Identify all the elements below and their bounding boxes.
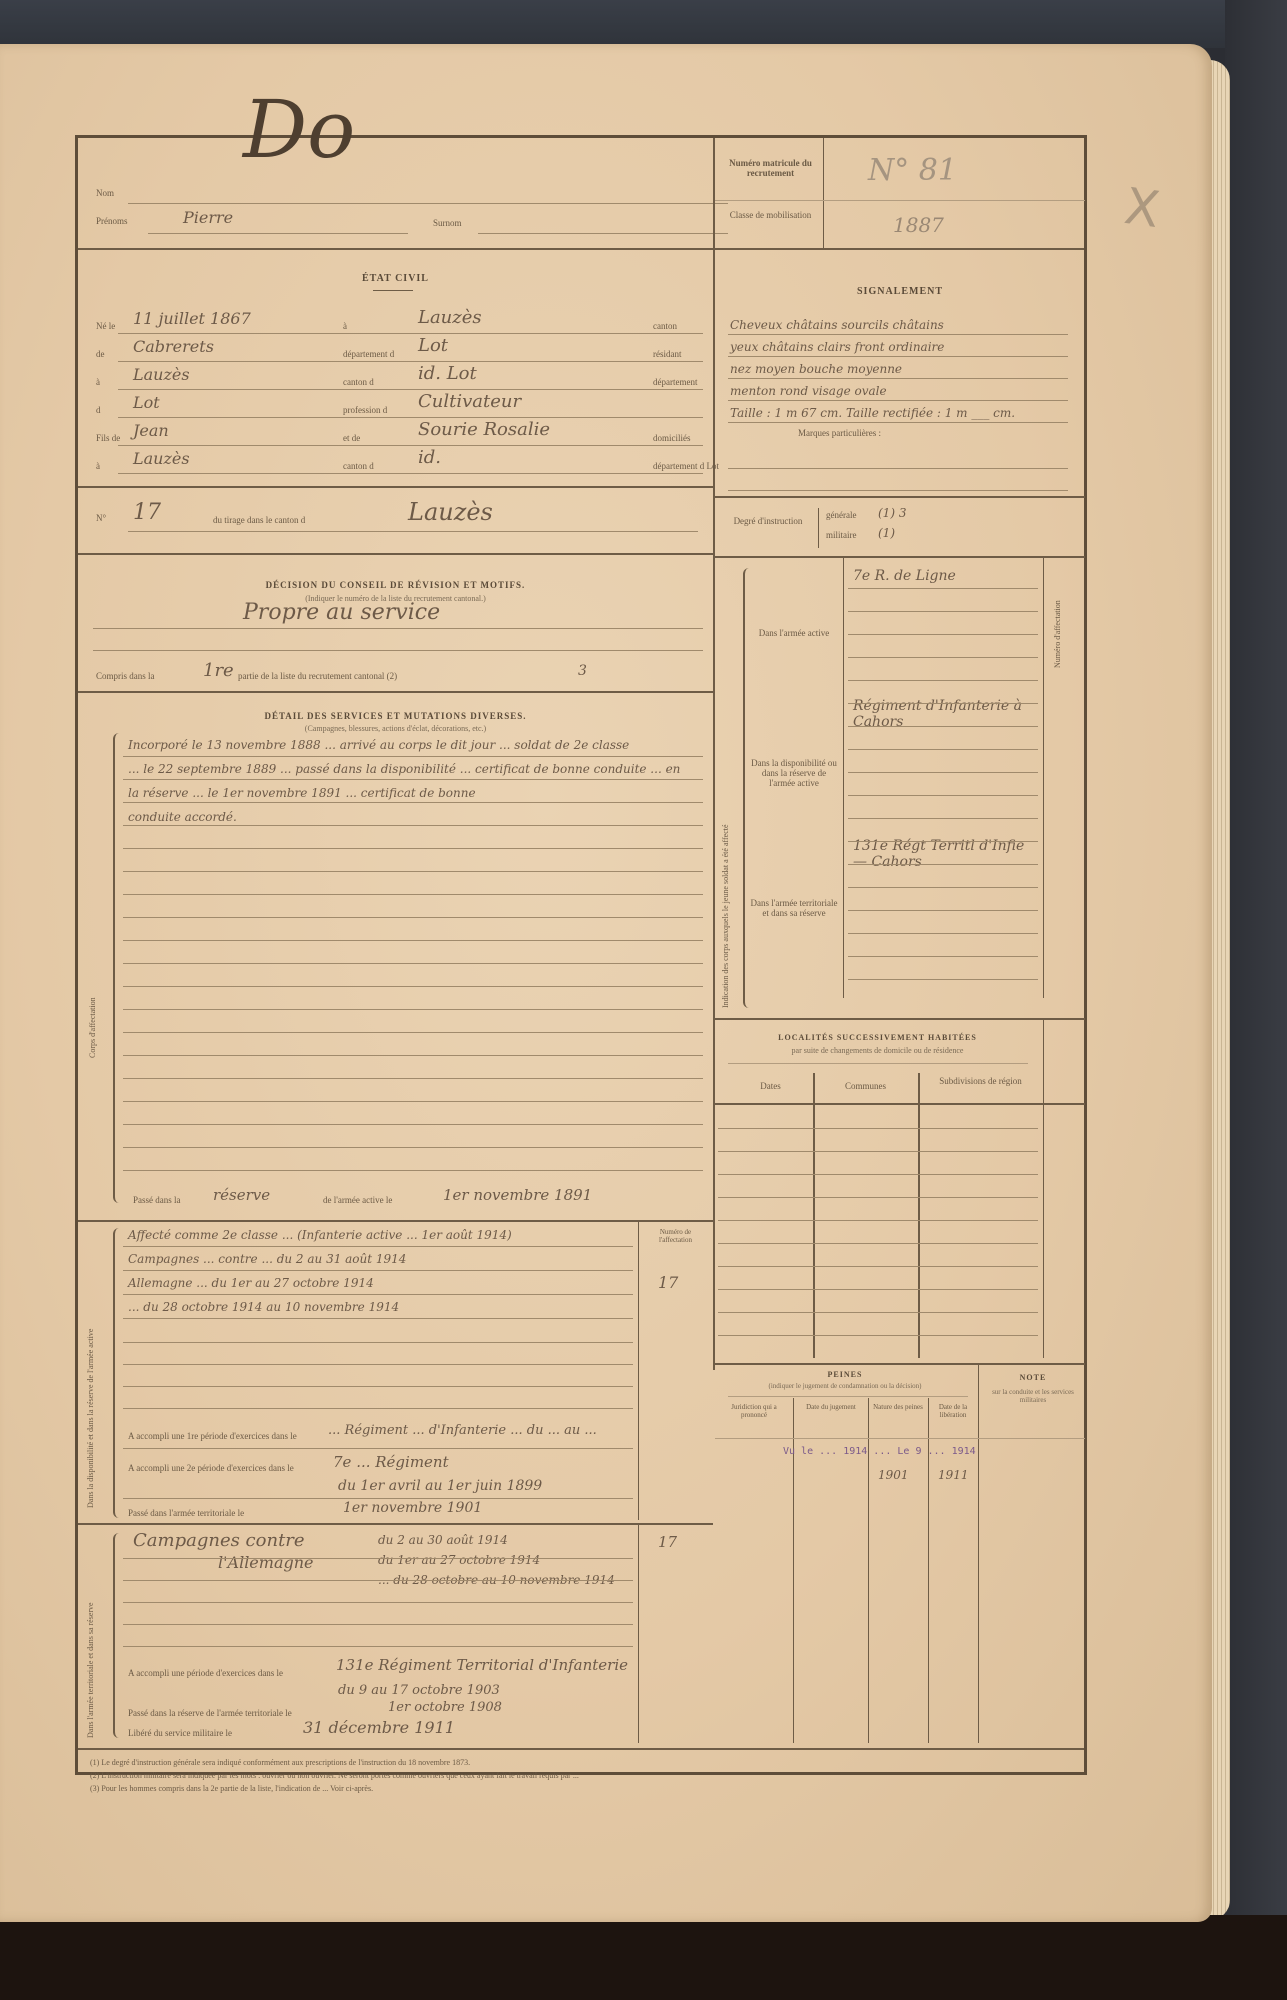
- etat-civil-mid-value: Sourie Rosalie: [418, 419, 550, 440]
- peines-column-header: Date de la libération: [930, 1403, 976, 1419]
- etat-civil-mid-value: id.: [418, 447, 441, 468]
- tirage-text: du tirage dans le canton d: [213, 515, 305, 525]
- corps-row-label: Dans l'armée territoriale et dans sa rés…: [750, 898, 838, 918]
- ruled-line: [123, 1246, 633, 1247]
- ruled-line: [848, 749, 1038, 750]
- classe-partie-suffix: partie de la liste du recrutement canton…: [238, 671, 397, 681]
- ruled-line: [123, 756, 703, 757]
- ruled-line: [123, 940, 703, 941]
- reserve-territoriale-value: 1er octobre 1908: [388, 1700, 502, 1715]
- footnote: (2) L'instruction militaire sera indiqué…: [90, 1771, 579, 1780]
- ruled-line: [118, 389, 703, 390]
- nom-label: Nom: [96, 188, 114, 198]
- note-title: NOTE: [983, 1373, 1083, 1382]
- territoriale-date: du 2 au 30 août 1914: [378, 1533, 508, 1547]
- services-side-label: Corps d'affectation: [88, 858, 97, 1058]
- ruled-line: [848, 634, 1038, 635]
- surname-initial: Do: [243, 83, 355, 176]
- ruled-line: [123, 1408, 633, 1409]
- ruled-line: [123, 1318, 633, 1319]
- peines-subtitle: (indiquer le jugement de condamnation ou…: [715, 1382, 975, 1390]
- localites-title: LOCALITÉS SUCCESSIVEMENT HABITÉES: [715, 1033, 1040, 1042]
- ruled-line: [123, 1009, 703, 1010]
- ruled-line: [848, 933, 1038, 934]
- ruled-line: [728, 334, 1068, 335]
- ruled-line: [123, 1032, 703, 1033]
- campagnes-label: Campagnes contre: [133, 1530, 305, 1551]
- prenoms-label: Prénoms: [96, 216, 128, 226]
- classe-value: 1887: [893, 213, 944, 237]
- ruled-line: [848, 795, 1038, 796]
- ruled-line: [123, 1294, 633, 1295]
- period2-value: 7e ... Régiment: [333, 1453, 449, 1471]
- ruled-line: [718, 1266, 1038, 1267]
- degre-general-label: générale: [826, 510, 856, 520]
- territoriale-date: du 1er au 27 octobre 1914: [378, 1553, 540, 1567]
- territoriale-period-label: A accompli une période d'exercices dans …: [128, 1668, 283, 1678]
- libere-value: 31 décembre 1911: [303, 1718, 455, 1737]
- etat-civil-value: Lauzès: [133, 365, 190, 384]
- prenoms-value: Pierre: [183, 208, 233, 227]
- etat-civil-end-label: département d Lot: [653, 461, 719, 471]
- corps-row-label: Dans la disponibilité ou dans la réserve…: [750, 758, 838, 788]
- ruled-line: [728, 378, 1068, 379]
- ruled-line: [848, 703, 1038, 704]
- ruled-line: [848, 657, 1038, 658]
- degre-instruction-label: Degré d'instruction: [728, 516, 808, 526]
- service-line: conduite accordé.: [128, 810, 237, 824]
- territoriale-period-dates: du 9 au 17 octobre 1903: [338, 1683, 500, 1698]
- ruled-line: [123, 1646, 633, 1647]
- etat-civil-end-label: résidant: [653, 349, 682, 359]
- conseil-title: DÉCISION DU CONSEIL DE RÉVISION ET MOTIF…: [78, 580, 713, 590]
- etat-civil-label: à: [96, 377, 100, 387]
- etat-civil-mid-label: département d: [343, 349, 394, 359]
- ruled-line: [848, 841, 1038, 842]
- reserve-line: ... du 28 octobre 1914 au 10 novembre 19…: [128, 1300, 399, 1314]
- services-subtitle: (Campagnes, blessures, actions d'éclat, …: [78, 724, 713, 733]
- etat-civil-label: d: [96, 405, 101, 415]
- ruled-line: [718, 1128, 1038, 1129]
- ruled-line: [123, 1364, 633, 1365]
- ruled-line: [118, 333, 703, 334]
- ruled-line: [123, 1270, 633, 1271]
- classe-label: Classe de mobilisation: [723, 210, 818, 220]
- signalement-line: Marques particulières :: [798, 428, 881, 438]
- form-frame: Do Nom Prénoms Pierre Surnom Numéro matr…: [75, 135, 1087, 1775]
- reserve-column-value: 17: [658, 1273, 678, 1292]
- reserve-column-label: Numéro de l'affectation: [648, 1228, 703, 1244]
- ruled-line: [123, 1101, 703, 1102]
- etat-civil-value: Jean: [133, 421, 169, 440]
- corps-row-value: 7e R. de Ligne: [853, 568, 1038, 584]
- etat-civil-value: Cabrerets: [133, 337, 214, 356]
- ruled-line: [123, 963, 703, 964]
- period2-label: A accompli une 2e période d'exercices da…: [128, 1463, 294, 1473]
- ruled-line: [123, 1580, 633, 1581]
- service-line: la réserve ... le 1er novembre 1891 ... …: [128, 786, 476, 800]
- etat-civil-value: 11 juillet 1867: [133, 309, 251, 328]
- ruled-line: [118, 445, 703, 446]
- tirage-canton: Lauzès: [408, 498, 493, 526]
- period1-value: ... Régiment ... d'Infanterie ... du ...…: [328, 1423, 597, 1438]
- matricule-value: N° 81: [868, 153, 957, 188]
- ruled-line: [123, 825, 703, 826]
- conseil-decision: Propre au service: [243, 600, 440, 625]
- ruled-line: [718, 1289, 1038, 1290]
- matricule-label: Numéro matricule du recrutement: [723, 158, 818, 178]
- localites-subtitle: par suite de changements de domicile ou …: [715, 1046, 1040, 1055]
- etat-civil-value: Lot: [133, 393, 160, 412]
- etat-civil-end-label: département: [653, 377, 697, 387]
- scan-background-right: [1225, 0, 1287, 2000]
- service-line: ... le 22 septembre 1889 ... passé dans …: [128, 762, 680, 776]
- ruled-line: [718, 1243, 1038, 1244]
- peines-title: PEINES: [715, 1370, 975, 1379]
- etat-civil-mid-value: Cultivateur: [418, 391, 521, 412]
- ruled-line: [848, 910, 1038, 911]
- etat-civil-end-label: domiciliés: [653, 433, 691, 443]
- surnom-label: Surnom: [433, 218, 462, 228]
- etat-civil-mid-label: canton d: [343, 461, 374, 471]
- localites-col-subdivisions: Subdivisions de région: [923, 1076, 1038, 1086]
- classe-compris-label: Compris dans la: [96, 671, 155, 681]
- services-footer-date: 1er novembre 1891: [443, 1186, 592, 1204]
- corps-row-value: 131e Régt Territl d'Infie — Cahors: [853, 838, 1038, 870]
- ruled-line: [118, 473, 703, 474]
- tirage-label: N°: [96, 513, 106, 523]
- ruled-line: [848, 956, 1038, 957]
- ruled-line: [123, 894, 703, 895]
- signalement-line: Cheveux châtains sourcils châtains: [730, 318, 944, 332]
- degre-militaire-value: (1): [878, 526, 895, 540]
- degre-militaire-label: militaire: [826, 530, 857, 540]
- ruled-line: [123, 1386, 633, 1387]
- corps-side-label: Numéro d'affectation: [1053, 568, 1062, 668]
- passe-territoriale-value: 1er novembre 1901: [343, 1500, 482, 1516]
- ruled-line: [718, 1220, 1038, 1221]
- ruled-line: [123, 1147, 703, 1148]
- ruled-line: [123, 1602, 633, 1603]
- etat-civil-mid-label: profession d: [343, 405, 387, 415]
- ruled-line: [718, 1312, 1038, 1313]
- margin-pencil-mark: X: [1121, 177, 1163, 239]
- note-text: sur la conduite et les services militair…: [983, 1388, 1083, 1404]
- ruled-line: [118, 361, 703, 362]
- localites-col-dates: Dates: [733, 1081, 808, 1091]
- ruled-line: [123, 1342, 633, 1343]
- ruled-line: [718, 1174, 1038, 1175]
- passe-territoriale-label: Passé dans l'armée territoriale le: [128, 1508, 244, 1518]
- signalement-line: yeux châtains clairs front ordinaire: [730, 340, 944, 354]
- services-title: DÉTAIL DES SERVICES ET MUTATIONS DIVERSE…: [78, 711, 713, 721]
- signalement-line: Taille : 1 m 67 cm. Taille rectifiée : 1…: [730, 406, 1015, 420]
- services-footer-mid: de l'armée active le: [323, 1195, 392, 1205]
- reserve-side-label: Dans la disponibilité et dans la réserve…: [86, 1248, 95, 1508]
- ruled-line: [123, 1055, 703, 1056]
- ruled-line: [728, 400, 1068, 401]
- scan-background-bottom: [0, 1915, 1287, 2000]
- ruled-line: [123, 1170, 703, 1171]
- ruled-line: [123, 871, 703, 872]
- peines-column-header: Juridiction qui a prononcé: [718, 1403, 790, 1419]
- signalement-title: SIGNALEMENT: [715, 286, 1085, 297]
- etat-civil-mid-label: canton d: [343, 377, 374, 387]
- corps-row-label: Dans l'armée active: [750, 628, 838, 638]
- ruled-line: [848, 588, 1038, 589]
- ruled-line: [848, 726, 1038, 727]
- ruled-line: [123, 1624, 633, 1625]
- ruled-line: [718, 1197, 1038, 1198]
- period1-label: A accompli une 1re période d'exercices d…: [128, 1431, 297, 1441]
- ruled-line: [718, 1151, 1038, 1152]
- etat-civil-mid-value: Lauzès: [418, 307, 482, 328]
- services-footer-value: réserve: [213, 1186, 270, 1204]
- reserve-line: Allemagne ... du 1er au 27 octobre 1914: [128, 1276, 374, 1290]
- reserve-territoriale-label: Passé dans la réserve de l'armée territo…: [128, 1708, 292, 1718]
- scan-background-top: [0, 0, 1287, 48]
- period2-dates: du 1er avril au 1er juin 1899: [338, 1478, 542, 1494]
- ruled-line: [728, 356, 1068, 357]
- etat-civil-label: de: [96, 349, 105, 359]
- territoriale-period-value: 131e Régiment Territorial d'Infanterie: [336, 1656, 628, 1674]
- reserve-line: Campagnes ... contre ... du 2 au 31 août…: [128, 1252, 406, 1266]
- etat-civil-mid-label: à: [343, 321, 347, 331]
- footnote: (3) Pour les hommes compris dans la 2e p…: [90, 1784, 373, 1793]
- ruled-line: [123, 1558, 633, 1559]
- peines-value-nature: 1901: [878, 1468, 909, 1482]
- peines-stamp-row: Vu le ... 1914 ... Le 9 ... 1914: [783, 1446, 976, 1457]
- etat-civil-mid-value: Lot: [418, 335, 448, 356]
- tirage-number: 17: [133, 500, 161, 525]
- etat-civil-value: Lauzès: [133, 449, 190, 468]
- ruled-line: [123, 986, 703, 987]
- ruled-line: [848, 611, 1038, 612]
- ruled-line: [848, 772, 1038, 773]
- classe-number: 3: [578, 663, 587, 679]
- peines-value-liberation: 1911: [938, 1468, 969, 1482]
- etat-civil-mid-label: et de: [343, 433, 360, 443]
- ruled-line: [123, 848, 703, 849]
- ruled-line: [123, 1124, 703, 1125]
- ruled-line: [728, 422, 1068, 423]
- reserve-line: Affecté comme 2e classe ... (Infanterie …: [128, 1228, 512, 1242]
- degre-general-value: (1) 3: [878, 506, 906, 520]
- services-footer-label: Passé dans la: [133, 1195, 181, 1205]
- etat-civil-label: à: [96, 461, 100, 471]
- peines-column-header: Nature des peines: [870, 1403, 926, 1411]
- ruled-line: [123, 917, 703, 918]
- etat-civil-label: Né le: [96, 321, 115, 331]
- footnote: (1) Le degré d'instruction générale sera…: [90, 1758, 470, 1767]
- etat-civil-mid-value: id. Lot: [418, 363, 477, 384]
- ruled-line: [848, 818, 1038, 819]
- ruled-line: [123, 779, 703, 780]
- corps-vertical-label: Indication des corps auxquels le jeune s…: [721, 608, 730, 1008]
- classe-partie-value: 1re: [203, 660, 234, 681]
- ruled-line: [848, 680, 1038, 681]
- ruled-line: [848, 979, 1038, 980]
- ruled-line: [118, 417, 703, 418]
- etat-civil-label: Fils de: [96, 433, 120, 443]
- peines-column-header: Date du jugement: [795, 1403, 867, 1411]
- ruled-line: [718, 1335, 1038, 1336]
- territoriale-column-value: 17: [658, 1533, 677, 1551]
- localites-col-communes: Communes: [818, 1081, 913, 1091]
- campagnes-value: l'Allemagne: [218, 1553, 314, 1572]
- etat-civil-end-label: canton: [653, 321, 677, 331]
- ruled-line: [123, 802, 703, 803]
- ruled-line: [123, 1078, 703, 1079]
- ruled-line: [848, 864, 1038, 865]
- libere-label: Libéré du service militaire le: [128, 1728, 232, 1738]
- signalement-line: menton rond visage ovale: [730, 384, 887, 398]
- ruled-line: [848, 887, 1038, 888]
- territoriale-side-label: Dans l'armée territoriale et dans sa rés…: [86, 1568, 95, 1738]
- service-line: Incorporé le 13 novembre 1888 ... arrivé…: [128, 738, 629, 752]
- etat-civil-title: ÉTAT CIVIL: [78, 273, 713, 284]
- signalement-line: nez moyen bouche moyenne: [730, 362, 902, 376]
